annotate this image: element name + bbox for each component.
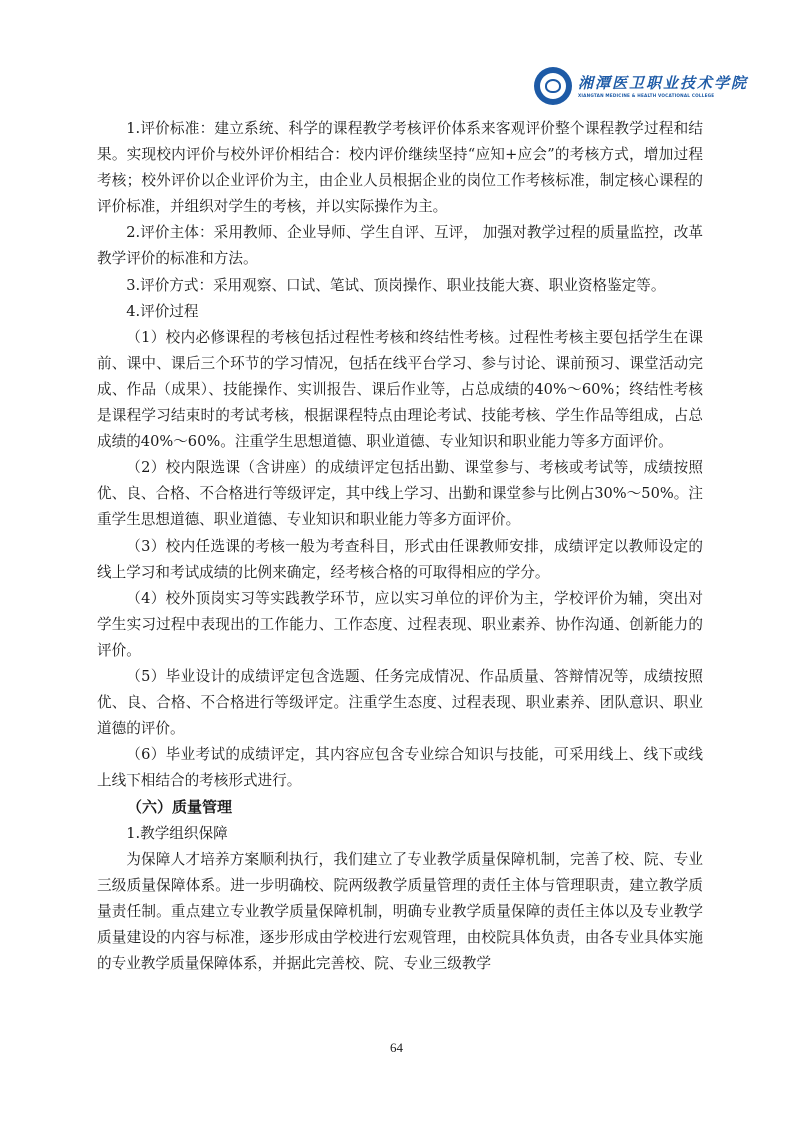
paragraph-evaluation-process-title: 4.评价过程	[97, 299, 703, 325]
section-heading: （六）质量管理	[97, 794, 703, 820]
paragraph-free-elective: （3）校内任选课的考核一般为考查科目，形式由任课教师安排，成绩评定以教师设定的线…	[97, 534, 703, 586]
paragraph-internship: （4）校外顶岗实习等实践教学环节，应以实习单位的评价为主，学校评价为辅，突出对学…	[97, 586, 703, 664]
paragraph-limited-elective: （2）校内限选课（含讲座）的成绩评定包括出勤、课堂参与、考核或考试等，成绩按照优…	[97, 455, 703, 533]
paragraph-evaluation-method: 3.评价方式：采用观察、口试、笔试、顶岗操作、职业技能大赛、职业资格鉴定等。	[97, 273, 703, 299]
college-name-cn: 湘潭医卫职业技术学院	[578, 74, 748, 92]
header-logo: 湘潭医卫职业技术学院 XIANGTAN MEDICINE & HEALTH VO…	[534, 66, 748, 106]
subheading: 1.教学组织保障	[97, 821, 703, 847]
paragraph-evaluation-subject: 2.评价主体：采用教师、企业导师、学生自评、互评， 加强对教学过程的质量监控，改…	[97, 220, 703, 272]
paragraph-evaluation-standard: 1.评价标准：建立系统、科学的课程教学考核评价体系来客观评价整个课程教学过程和结…	[97, 116, 703, 220]
paragraph-graduation-design: （5）毕业设计的成绩评定包含选题、任务完成情况、作品质量、答辩情况等，成绩按照优…	[97, 664, 703, 742]
page-number: 64	[0, 1040, 793, 1056]
paragraph-quality-assurance: 为保障人才培养方案顺利执行，我们建立了专业教学质量保障机制，完善了校、院、专业三…	[97, 847, 703, 977]
paragraph-graduation-exam: （6）毕业考试的成绩评定，其内容应包含专业综合知识与技能，可采用线上、线下或线上…	[97, 742, 703, 794]
paragraph-required-courses: （1）校内必修课程的考核包括过程性考核和终结性考核。过程性考核主要包括学生在课前…	[97, 325, 703, 455]
document-body: 1.评价标准：建立系统、科学的课程教学考核评价体系来客观评价整个课程教学过程和结…	[97, 116, 703, 977]
college-name: 湘潭医卫职业技术学院 XIANGTAN MEDICINE & HEALTH VO…	[578, 74, 748, 99]
college-name-en: XIANGTAN MEDICINE & HEALTH VOCATIONAL CO…	[578, 92, 748, 99]
college-emblem-icon	[534, 67, 572, 105]
